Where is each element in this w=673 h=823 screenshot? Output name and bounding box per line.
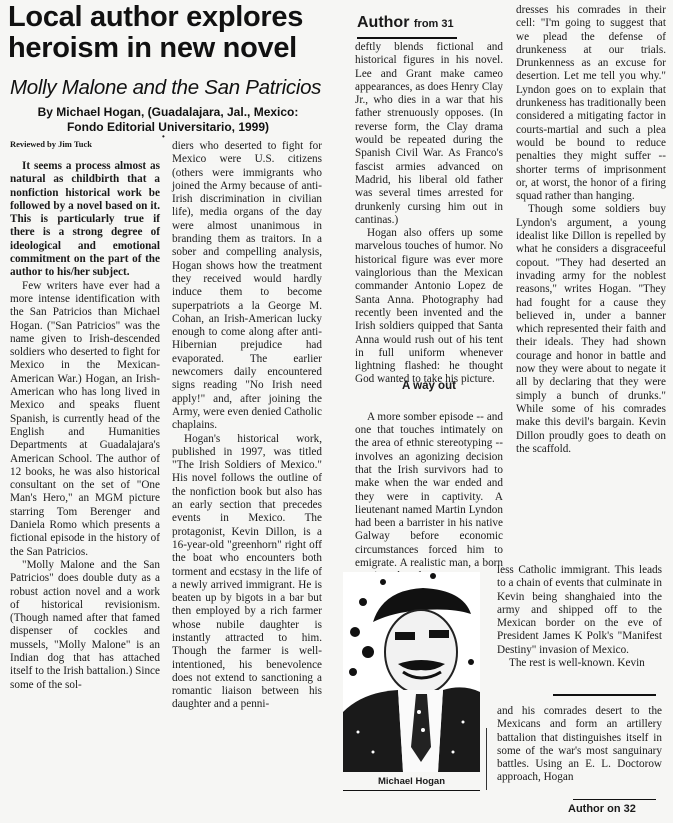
jump-from-header: Author from 31 [357,14,454,32]
paragraph: less Catholic immigrant. This leads to a… [497,564,662,657]
byline-line-1: By Michael Hogan, (Guadalajara, Jal., Me… [18,105,318,120]
portrait-icon [343,572,480,772]
jump-ref: from 31 [414,18,454,30]
paragraph: The rest is well-known. Kevin [497,657,662,670]
column-1: It seems a process almost as natural as … [10,160,160,692]
paragraph: Hogan's historical work, published in 19… [172,433,322,712]
author-photo [343,572,480,772]
book-title: Molly Malone and the San Patricios [10,76,330,100]
column-5: less Catholic immigrant. This leads to a… [497,564,662,670]
column-4: dresses his comrades in their cell: "I'm… [516,4,666,456]
byline-line-2: Fondo Editorial Universitario, 1999) [18,120,318,135]
reviewer-credit: Reviewed by Jim Tuck [10,139,92,149]
jump-word: Author [357,14,409,31]
paragraph: deftly blends fictional and historical f… [355,41,503,227]
paragraph: "Molly Malone and the San Patricios" doe… [10,559,160,692]
paragraph: Though some soldiers buy Lyndon's argume… [516,203,666,456]
bullet-icon: • [162,132,165,141]
paragraph: diers who deserted to fight for Mexico w… [172,140,322,433]
column-6: and his comrades desert to the Mexicans … [497,705,662,785]
paragraph: A more somber episode -- and one that to… [355,411,503,584]
caption-rule [343,790,480,791]
jump-to-label[interactable]: Author on 32 [568,803,636,815]
paragraph: and his comrades desert to the Mexicans … [497,705,662,785]
paragraph: Few writers have ever had a more intense… [10,280,160,559]
photo-caption: Michael Hogan [343,776,480,787]
subhead: A way out [355,380,503,392]
paragraph: Hogan also offers up some marvelous touc… [355,227,503,387]
headline: Local author explores heroism in new nov… [8,2,328,64]
byline: By Michael Hogan, (Guadalajara, Jal., Me… [18,105,318,135]
column-2: diers who deserted to fight for Mexico w… [172,140,322,712]
lead-paragraph: It seems a process almost as natural as … [10,160,160,280]
column-3: deftly blends fictional and historical f… [355,41,503,584]
column-divider [486,728,487,790]
jump-rule [357,37,457,39]
paragraph: dresses his comrades in their cell: "I'm… [516,4,666,203]
section-rule [553,694,656,696]
jump-to-rule [573,799,656,800]
